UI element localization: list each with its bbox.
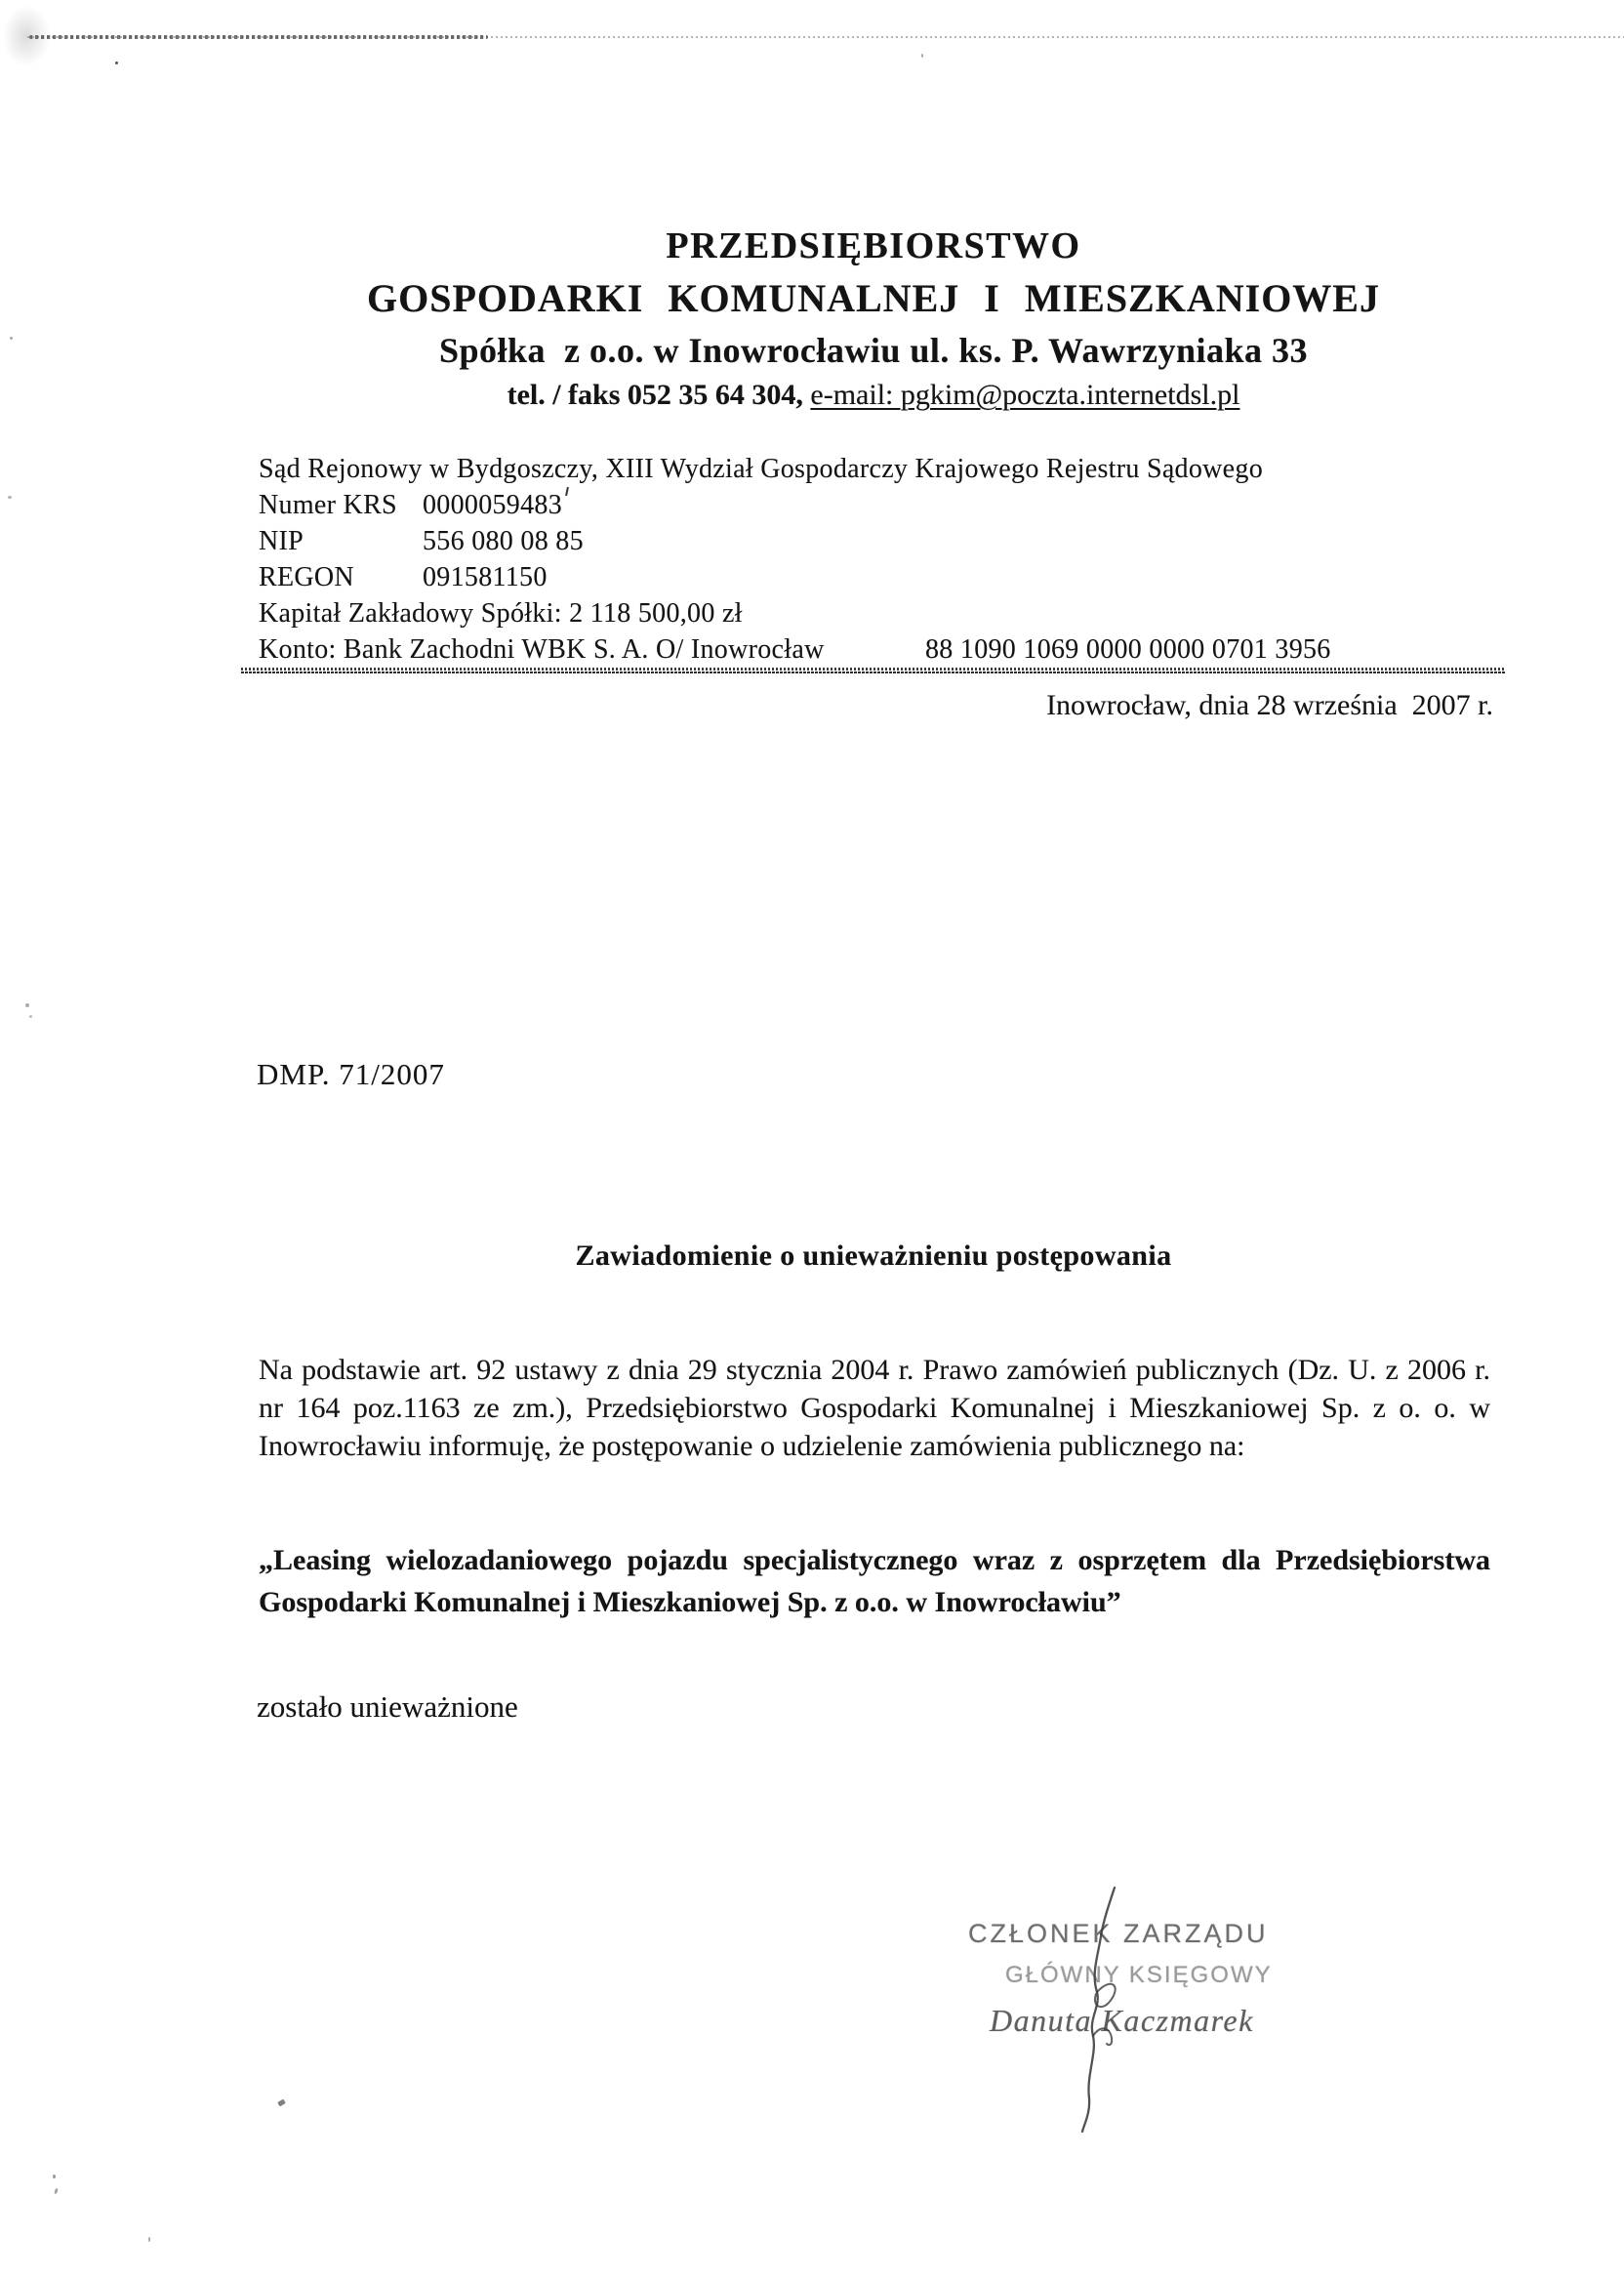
scan-speck: [148, 2237, 150, 2242]
procurement-subject: „Leasing wielozadaniowego pojazdu specja…: [259, 1539, 1490, 1623]
body-paragraph: Na podstawie art. 92 ustawy z dnia 29 st…: [259, 1351, 1490, 1465]
nip-label: NIP: [259, 523, 423, 559]
krs-value: 0000059483: [423, 490, 562, 520]
company-contact: tel. / faks 052 35 64 304, e-mail: pgkim…: [123, 375, 1624, 416]
stamp-role-line2: GŁÓWNY KSIĘGOWY: [1005, 1962, 1298, 1989]
document-title: Zawiadomienie o unieważnieniu postępowan…: [123, 1240, 1624, 1273]
stamp-role-line1: CZŁONEK ZARZĄDU: [968, 1919, 1280, 1949]
scan-speck: [29, 1015, 32, 1018]
regon-value: 091581150: [423, 562, 548, 592]
scan-speck: [8, 496, 12, 499]
email-address: e-mail: pgkim@poczta.internetdsl.pl: [810, 379, 1239, 411]
scan-speck: [10, 337, 13, 340]
stamp-signatory-name: Danuta Kaczmarek: [990, 2003, 1321, 2039]
letterhead: PRZEDSIĘBIORSTWO GOSPODARKI KOMUNALNEJ I…: [123, 221, 1624, 416]
place-and-date: Inowrocław, dnia 28 września 2007 r.: [1046, 689, 1493, 722]
dotted-separator: [241, 668, 1506, 674]
regon-line: REGON091581150: [259, 559, 1527, 595]
capital-line: Kapitał Zakładowy Spółki: 2 118 500,00 z…: [259, 595, 1527, 631]
scan-speck: [25, 1003, 29, 1007]
regon-label: REGON: [259, 559, 423, 595]
krs-label: Numer KRS: [259, 487, 423, 523]
reference-number: DMP. 71/2007: [257, 1057, 445, 1092]
company-name-line2: GOSPODARKI KOMUNALNEJ I MIESZKANIOWEJ: [123, 271, 1624, 326]
scan-speck: [53, 2175, 56, 2178]
nip-value: 556 080 08 85: [423, 526, 584, 556]
scanned-letter-page: PRZEDSIĘBIORSTWO GOSPODARKI KOMUNALNEJ I…: [0, 0, 1624, 2278]
scan-fold-line-dark: [29, 35, 488, 39]
phone-fax: tel. / faks 052 35 64 304,: [507, 379, 811, 411]
scan-speck: [277, 2099, 286, 2107]
scan-speck: [921, 54, 923, 58]
bank-account-number: 88 1090 1069 0000 0000 0701 3956: [925, 634, 1331, 665]
annulment-statement: zostało unieważnione: [257, 1689, 518, 1725]
handwritten-signature-icon: [1054, 1880, 1171, 2143]
bank-account-line: Konto: Bank Zachodni WBK S. A. O/ Inowro…: [259, 631, 1527, 668]
nip-line: NIP556 080 08 85: [259, 523, 1527, 559]
scan-speck: [565, 487, 569, 496]
scan-smudge: [0, 0, 61, 80]
scan-speck: [54, 2188, 59, 2195]
company-name-line1: PRZEDSIĘBIORSTWO: [123, 221, 1624, 271]
company-registry-info: Sąd Rejonowy w Bydgoszczy, XIII Wydział …: [259, 451, 1527, 668]
bank-account-label: Konto: Bank Zachodni WBK S. A. O/ Inowro…: [259, 631, 925, 668]
company-address: Spółka z o.o. w Inowrocławiu ul. ks. P. …: [123, 326, 1624, 375]
krs-line: Numer KRS0000059483: [259, 487, 1527, 523]
scan-speck: [115, 61, 118, 64]
court-registry-line: Sąd Rejonowy w Bydgoszczy, XIII Wydział …: [259, 451, 1527, 487]
